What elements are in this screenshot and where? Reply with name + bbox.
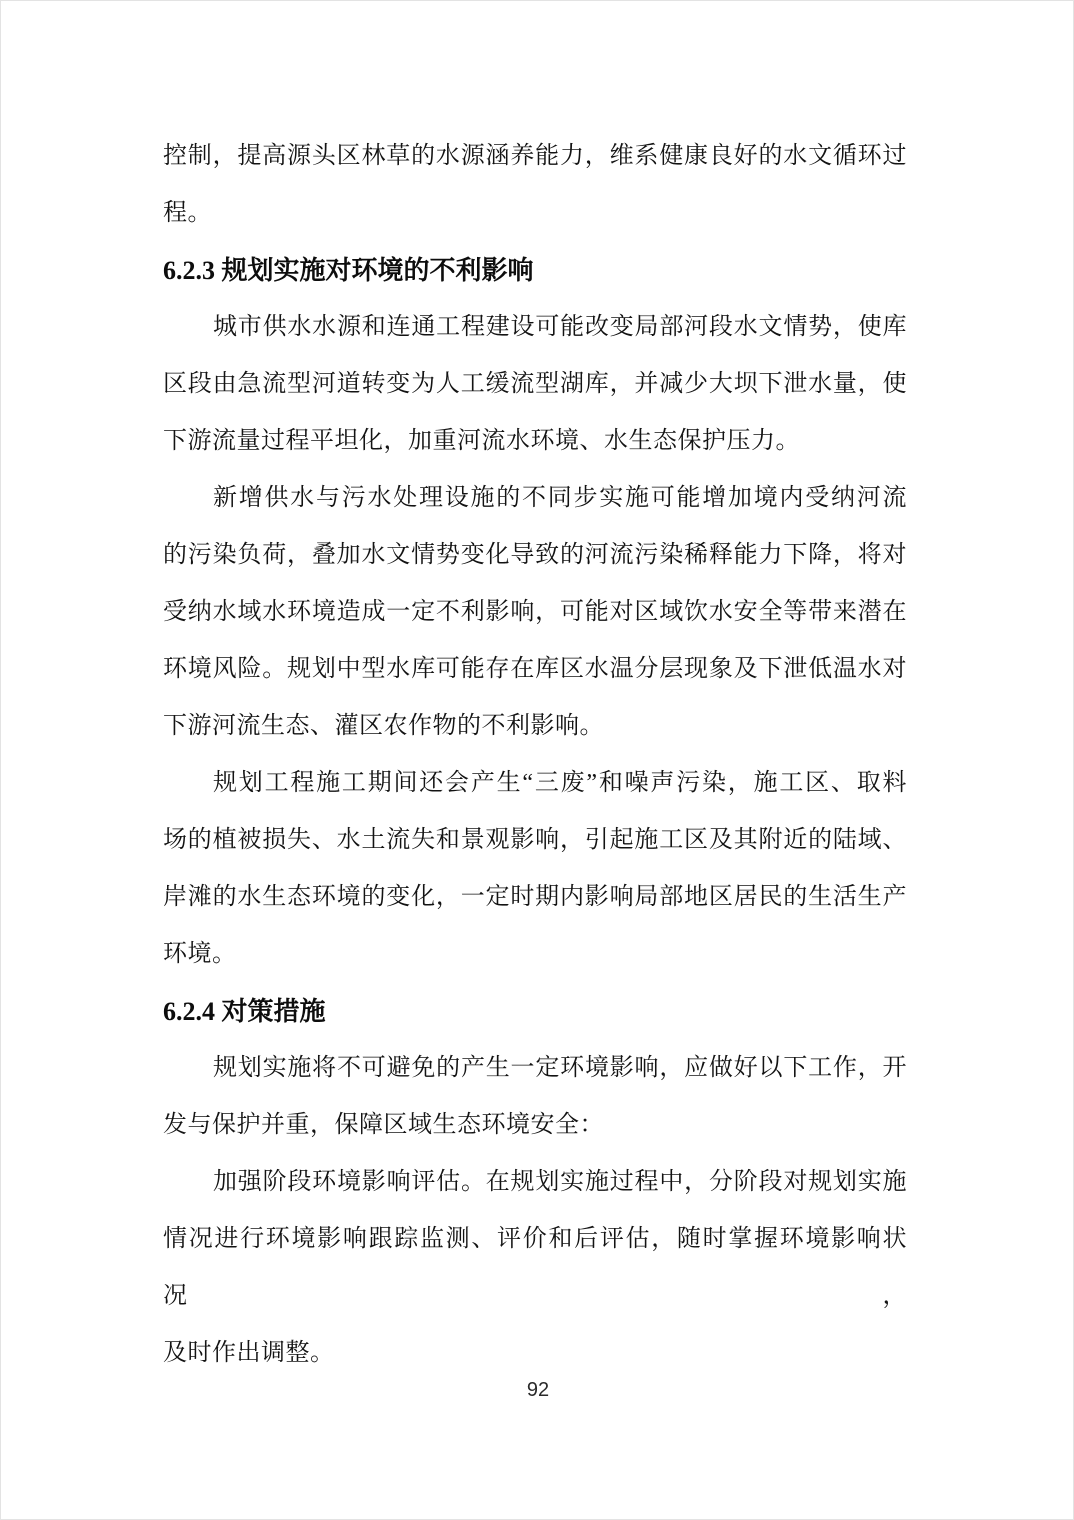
paragraph-line: 环境。 bbox=[163, 926, 907, 983]
paragraph-line: 加强阶段环境影响评估。在规划实施过程中，分阶段对规划实施 bbox=[163, 1154, 907, 1211]
paragraph-line: 城市供水水源和连通工程建设可能改变局部河段水文情势，使库 bbox=[163, 299, 907, 356]
section-heading: 6.2.3 规划实施对环境的不利影响 bbox=[163, 242, 907, 299]
paragraph-line: 新增供水与污水处理设施的不同步实施可能增加境内受纳河流 bbox=[163, 470, 907, 527]
paragraph-line: 及时作出调整。 bbox=[163, 1325, 907, 1382]
paragraph-line: 规划工程施工期间还会产生“三废”和噪声污染，施工区、取料 bbox=[163, 755, 907, 812]
paragraph-line: 规划实施将不可避免的产生一定环境影响，应做好以下工作，开 bbox=[163, 1040, 907, 1097]
paragraph-line: 环境风险。规划中型水库可能存在库区水温分层现象及下泄低温水对 bbox=[163, 641, 907, 698]
document-body: 控制，提高源头区林草的水源涵养能力，维系健康良好的水文循环过程。6.2.3 规划… bbox=[163, 128, 907, 1382]
paragraph-line: 发与保护并重，保障区域生态环境安全： bbox=[163, 1097, 907, 1154]
paragraph-line: 的污染负荷，叠加水文情势变化导致的河流污染稀释能力下降，将对 bbox=[163, 527, 907, 584]
paragraph-line: 下游河流生态、灌区农作物的不利影响。 bbox=[163, 698, 907, 755]
paragraph-line: 岸滩的水生态环境的变化，一定时期内影响局部地区居民的生活生产 bbox=[163, 869, 907, 926]
paragraph-line: 控制，提高源头区林草的水源涵养能力，维系健康良好的水文循环过 bbox=[163, 128, 907, 185]
page-number: 92 bbox=[527, 1379, 549, 1401]
document-page: 控制，提高源头区林草的水源涵养能力，维系健康良好的水文循环过程。6.2.3 规划… bbox=[0, 0, 1074, 1520]
paragraph-line: 下游流量过程平坦化，加重河流水环境、水生态保护压力。 bbox=[163, 413, 907, 470]
paragraph-line: 受纳水域水环境造成一定不利影响，可能对区域饮水安全等带来潜在 bbox=[163, 584, 907, 641]
paragraph-line: 程。 bbox=[163, 185, 907, 242]
paragraph-line: 区段由急流型河道转变为人工缓流型湖库，并减少大坝下泄水量，使 bbox=[163, 356, 907, 413]
section-heading: 6.2.4 对策措施 bbox=[163, 983, 907, 1040]
paragraph-line: 情况进行环境影响跟踪监测、评价和后评估，随时掌握环境影响状况， bbox=[163, 1211, 907, 1325]
page-footer: 92 bbox=[1, 1379, 1074, 1402]
paragraph-line: 场的植被损失、水土流失和景观影响，引起施工区及其附近的陆域、 bbox=[163, 812, 907, 869]
